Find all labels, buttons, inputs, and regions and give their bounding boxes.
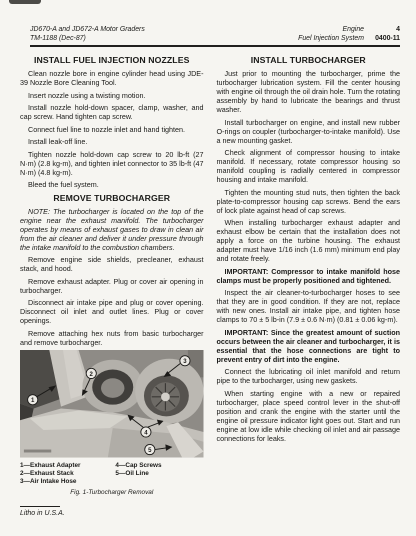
paragraph: When starting engine with a new or repai… bbox=[217, 389, 401, 443]
paragraph: Inspect the air cleaner-to-turbocharger … bbox=[217, 288, 401, 324]
legend-column-2: 4—Cap Screws 5—Oil Line bbox=[115, 462, 203, 487]
page-header: JD670-A and JD672-A Motor Graders TM-118… bbox=[0, 0, 416, 43]
legend-column-1: 1—Exhaust Adapter 2—Exhaust Stack 3—Air … bbox=[20, 462, 115, 487]
paragraph: Install leak-off line. bbox=[20, 137, 204, 146]
header-left: JD670-A and JD672-A Motor Graders TM-118… bbox=[30, 26, 145, 43]
paragraph: When installing turbocharger exhaust ada… bbox=[217, 218, 401, 263]
header-right: Engine 4 Fuel Injection System 0400-11 bbox=[298, 26, 400, 43]
page-number: 4 bbox=[364, 26, 400, 35]
legend-item: 5—Oil Line bbox=[115, 470, 203, 478]
section-title-remove-turbocharger: REMOVE TURBOCHARGER bbox=[20, 193, 204, 203]
note-paragraph: NOTE: The turbocharger is located on the… bbox=[20, 207, 204, 252]
turbocharger-photo: 1 2 3 4 5 bbox=[20, 350, 204, 457]
section-title-install-turbocharger: INSTALL TURBOCHARGER bbox=[217, 55, 401, 65]
important-paragraph: IMPORTANT: Since the greatest amount of … bbox=[217, 328, 401, 364]
paragraph: Tighten nozzle hold-down cap screw to 20… bbox=[20, 150, 204, 177]
section-group: Engine bbox=[343, 26, 364, 35]
manual-number: TM-1188 (Dec-87) bbox=[30, 35, 145, 44]
paragraph: Disconnect air intake pipe and plug or c… bbox=[20, 298, 204, 325]
scan-artifact bbox=[9, 0, 41, 4]
figure-caption: Fig. 1-Turbocharger Removal bbox=[20, 489, 204, 496]
manual-page: JD670-A and JD672-A Motor Graders TM-118… bbox=[0, 0, 416, 536]
page-footer: Litho in U.S.A. bbox=[20, 506, 65, 517]
section-system: Fuel Injection System bbox=[298, 35, 364, 44]
paragraph: Bleed the fuel system. bbox=[20, 180, 204, 189]
paragraph: Tighten the mounting stud nuts, then tig… bbox=[217, 188, 401, 215]
left-column: INSTALL FUEL INJECTION NOZZLES Clean noz… bbox=[20, 52, 204, 496]
figure-legend: 1—Exhaust Adapter 2—Exhaust Stack 3—Air … bbox=[20, 462, 204, 487]
content-columns: INSTALL FUEL INJECTION NOZZLES Clean noz… bbox=[0, 47, 416, 496]
litho-note: Litho in U.S.A. bbox=[20, 510, 65, 517]
section-title-install-nozzles: INSTALL FUEL INJECTION NOZZLES bbox=[20, 55, 204, 65]
paragraph: Insert nozzle using a twisting motion. bbox=[20, 91, 204, 100]
paragraph: Just prior to mounting the turbocharger,… bbox=[217, 69, 401, 114]
figure-turbocharger-removal: 1 2 3 4 5 1—Exhaust bbox=[20, 350, 204, 496]
paragraph: Check alignment of compressor housing to… bbox=[217, 148, 401, 184]
paragraph: Remove exhaust adapter. Plug or cover ai… bbox=[20, 277, 204, 295]
paragraph: Install nozzle hold-down spacer, clamp, … bbox=[20, 103, 204, 121]
paragraph: Connect fuel line to nozzle inlet and ha… bbox=[20, 125, 204, 134]
paragraph: Clean nozzle bore in engine cylinder hea… bbox=[20, 69, 204, 87]
legend-item: 1—Exhaust Adapter bbox=[20, 462, 115, 470]
model-title: JD670-A and JD672-A Motor Graders bbox=[30, 26, 145, 35]
paragraph: Remove engine side shields, precleaner, … bbox=[20, 255, 204, 273]
footer-rule bbox=[20, 506, 60, 507]
paragraph: Install turbocharger on engine, and inst… bbox=[217, 118, 401, 145]
turbocharger-photo-illustration: 1 2 3 4 5 bbox=[20, 350, 204, 457]
paragraph: Connect the lubricating oil inlet manifo… bbox=[217, 367, 401, 385]
legend-item: 4—Cap Screws bbox=[115, 462, 203, 470]
important-paragraph: IMPORTANT: Compressor to intake manifold… bbox=[217, 267, 401, 285]
right-column: INSTALL TURBOCHARGER Just prior to mount… bbox=[217, 52, 401, 496]
group-page-number: 0400-11 bbox=[364, 35, 400, 44]
legend-item: 3—Air Intake Hose bbox=[20, 478, 115, 486]
legend-item: 2—Exhaust Stack bbox=[20, 470, 115, 478]
paragraph: Remove attaching hex nuts from basic tur… bbox=[20, 329, 204, 347]
